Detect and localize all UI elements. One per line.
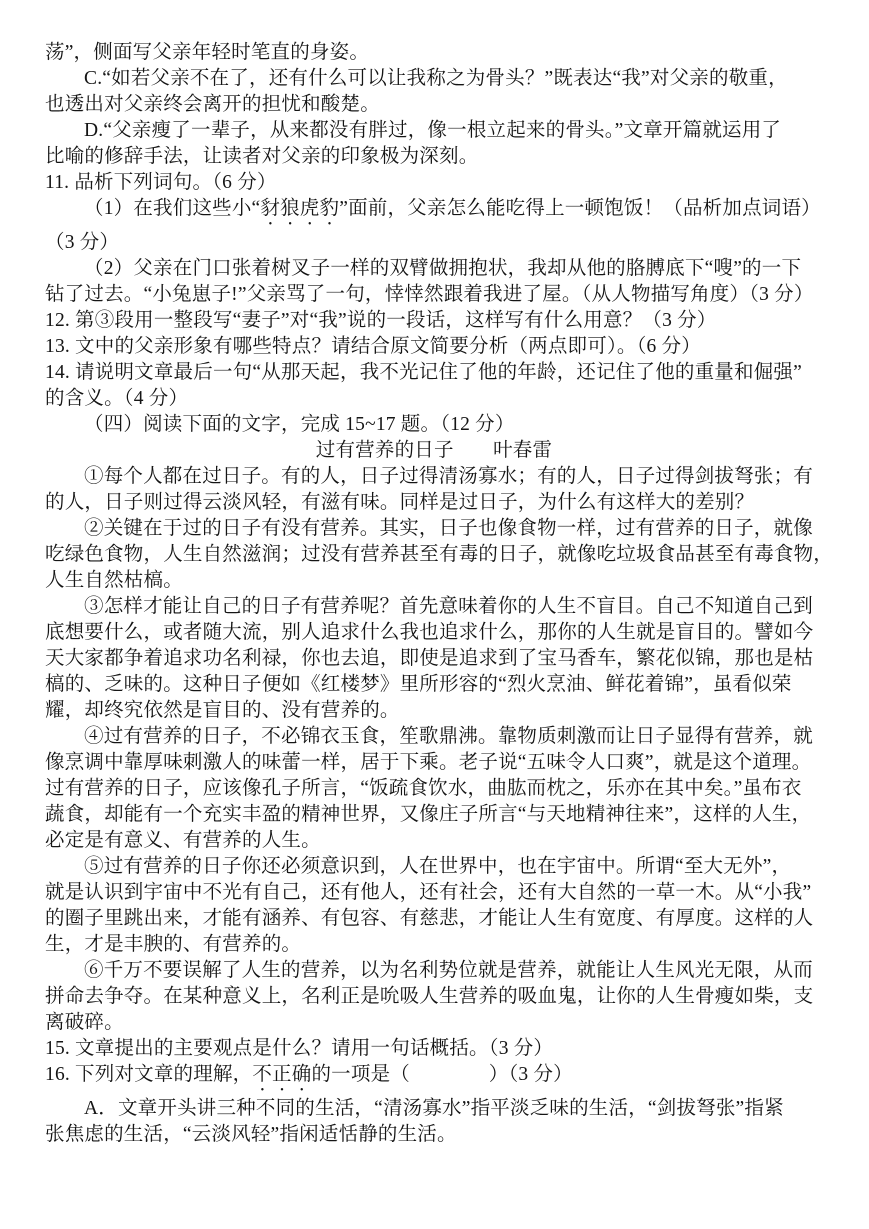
text-segment: 过有营养的日子 — [316, 440, 454, 461]
paragraph-3-line-1: ③怎样才能让自己的日子有营养呢？首先意味着你的人生不盲目。自己不知道自己到 — [45, 594, 823, 620]
text-segment: 的一项是（ ）（3 分） — [311, 1064, 572, 1085]
option-b-continuation: 荡”，侧面写父亲年轻时笔直的身姿。 — [45, 40, 823, 66]
question-15: 15. 文章提出的主要观点是什么？请用一句话概括。（3 分） — [45, 1036, 823, 1062]
text-segment: 生，才是丰腴的、有营养的。 — [45, 934, 301, 955]
text-segment: 蔬食，却能有一个充实丰盈的精神世界，又像庄子所言“与天地精神往来”，这样的人生， — [45, 804, 811, 825]
text-segment: 11. 品析下列词句。（6 分） — [45, 172, 277, 193]
text-segment: 的圈子里跳出来，才能有涵养、有包容、有慈悲，才能让人生有宽度、有厚度。这样的人 — [45, 908, 813, 929]
paragraph-6-line-2: 拼命去争夺。在某种意义上，名利正是吮吸人生营养的吸血鬼，让你的人生骨瘦如柴，支 — [45, 984, 823, 1010]
paragraph-5-line-1: ⑤过有营养的日子你还必须意识到，人在世界中，也在宇宙中。所谓“至大无外”， — [45, 854, 823, 880]
paragraph-4-line-2: 像烹调中靠厚味刺激人的味蕾一样，居于下乘。老子说“五味令人口爽”，就是这个道理。 — [45, 750, 823, 776]
paragraph-3-line-5: 耀，却终究依然是盲目的、没有营养的。 — [45, 698, 823, 724]
text-segment: ①每个人都在过日子。有的人，日子过得清汤寡水；有的人，日子过得剑拔弩张；有 — [84, 466, 813, 487]
question-11-item-1-score: （3 分） — [45, 230, 823, 256]
text-segment: ⑤过有营养的日子你还必须意识到，人在世界中，也在宇宙中。所谓“至大无外”， — [84, 856, 791, 877]
option-a-line-2: 张焦虑的生活，“云淡风轻”指闲适恬静的生活。 — [45, 1122, 823, 1148]
text-segment: 槁的、乏味的。这种日子便如《红楼梦》里所形容的“烈火烹油、鲜花着锦”，虽看似荣 — [45, 674, 792, 695]
text-segment: （3 分） — [45, 232, 119, 253]
text-segment: 14. 请说明文章最后一句“从那天起，我不光记住了他的年龄，还记住了他的重量和倔… — [45, 362, 802, 383]
passage-title: 过有营养的日子 叶春雷 — [45, 438, 823, 464]
paragraph-4-line-4: 蔬食，却能有一个充实丰盈的精神世界，又像庄子所言“与天地精神往来”，这样的人生， — [45, 802, 823, 828]
text-segment: 比喻的修辞手法，让读者对父亲的印象极为深刻。 — [45, 146, 478, 167]
paragraph-4-line-3: 过有营养的日子，应该像孔子所言，“饭疏食饮水，曲肱而枕之，乐亦在其中矣。”虽布衣 — [45, 776, 823, 802]
text-segment: （2）父亲在门口张着树叉子一样的双臂做拥抱状，我却从他的胳膊底下“嗖”的一下 — [84, 258, 801, 279]
paragraph-5-line-4: 生，才是丰腴的、有营养的。 — [45, 932, 823, 958]
text-segment: 天大家都争着追求功名利禄，你也去追，即使是追求到了宝马香车，繁花似锦，那也是枯 — [45, 648, 813, 669]
text-segment: 荡”，侧面写父亲年轻时笔直的身姿。 — [45, 42, 369, 63]
paragraph-2-line-1: ②关键在于过的日子有没有营养。其实，日子也像食物一样，过有营养的日子，就像 — [45, 516, 823, 542]
section-4-instruction: （四）阅读下面的文字，完成 15~17 题。（12 分） — [45, 412, 823, 438]
text-segment: 耀，却终究依然是盲目的、没有营养的。 — [45, 700, 400, 721]
text-segment — [454, 440, 493, 461]
text-segment: 15. 文章提出的主要观点是什么？请用一句话概括。（3 分） — [45, 1038, 553, 1059]
paragraph-3-line-4: 槁的、乏味的。这种日子便如《红楼梦》里所形容的“烈火烹油、鲜花着锦”，虽看似荣 — [45, 672, 823, 698]
text-segment: 像烹调中靠厚味刺激人的味蕾一样，居于下乘。老子说“五味令人口爽”，就是这个道理。 — [45, 752, 811, 773]
question-12: 12. 第③段用一整段写“妻子”对“我”说的一段话，这样写有什么用意？（3 分） — [45, 308, 823, 334]
text-segment: 钻了过去。“小兔崽子!”父亲骂了一句，悻悻然跟着我进了屋。（从人物描写角度）（3… — [45, 284, 814, 305]
option-c-line-1: C.“如若父亲不在了，还有什么可以让我称之为骨头？”既表达“我”对父亲的敬重， — [45, 66, 823, 92]
paragraph-2-line-2: 吃绿色食物，人生自然滋润；过没有营养甚至有毒的日子，就像吃垃圾食品甚至有毒食物， — [45, 542, 823, 568]
question-11-item-1: （1）在我们这些小“豺狼虎豹”面前，父亲怎么能吃得上一顿饱饭！（品析加点词语） — [45, 196, 823, 230]
paragraph-1-line-2: 的人，日子则过得云淡风轻，有滋有味。同样是过日子，为什么有这样大的差别？ — [45, 490, 823, 516]
paragraph-1-line-1: ①每个人都在过日子。有的人，日子过得清汤寡水；有的人，日子过得剑拔弩张；有 — [45, 464, 823, 490]
text-segment: 人生自然枯槁。 — [45, 570, 183, 591]
text-segment: 12. 第③段用一整段写“妻子”对“我”说的一段话，这样写有什么用意？（3 分） — [45, 310, 717, 331]
text-segment: C.“如若父亲不在了，还有什么可以让我称之为骨头？”既表达“我”对父亲的敬重， — [84, 68, 788, 89]
text-segment: 离破碎。 — [45, 1012, 124, 1033]
paragraph-3-line-3: 天大家都争着追求功名利禄，你也去追，即使是追求到了宝马香车，繁花似锦，那也是枯 — [45, 646, 823, 672]
paragraph-4-line-1: ④过有营养的日子，不必锦衣玉食，笙歌鼎沸。靠物质刺激而让日子显得有营养，就 — [45, 724, 823, 750]
text-segment: （1）在我们这些小“ — [84, 198, 260, 219]
text-segment: 的人，日子则过得云淡风轻，有滋有味。同样是过日子，为什么有这样大的差别？ — [45, 492, 754, 513]
option-c-line-2: 也透出对父亲终会离开的担忧和酸楚。 — [45, 92, 823, 118]
emphasized-text: 不正确 — [252, 1064, 311, 1085]
question-11-item-2-line-2: 钻了过去。“小兔崽子!”父亲骂了一句，悻悻然跟着我进了屋。（从人物描写角度）（3… — [45, 282, 823, 308]
text-segment: D.“父亲瘦了一辈子，从来都没有胖过，像一根立起来的骨头。”文章开篇就运用了 — [84, 120, 781, 141]
question-13: 13. 文中的父亲形象有哪些特点？请结合原文简要分析（两点即可）。（6 分） — [45, 334, 823, 360]
text-segment: 张焦虑的生活，“云淡风轻”指闲适恬静的生活。 — [45, 1124, 457, 1145]
text-segment: ④过有营养的日子，不必锦衣玉食，笙歌鼎沸。靠物质刺激而让日子显得有营养，就 — [84, 726, 813, 747]
text-segment: 过有营养的日子，应该像孔子所言，“饭疏食饮水，曲肱而枕之，乐亦在其中矣。”虽布衣 — [45, 778, 802, 799]
text-segment: 拼命去争夺。在某种意义上，名利正是吮吸人生营养的吸血鬼，让你的人生骨瘦如柴，支 — [45, 986, 813, 1007]
paragraph-6-line-3: 离破碎。 — [45, 1010, 823, 1036]
text-segment: 也透出对父亲终会离开的担忧和酸楚。 — [45, 94, 380, 115]
question-14-line-1: 14. 请说明文章最后一句“从那天起，我不光记住了他的年龄，还记住了他的重量和倔… — [45, 360, 823, 386]
text-segment: 就是认识到宇宙中不光有自己，还有他人，还有社会，还有大自然的一草一木。从“小我” — [45, 882, 811, 903]
paragraph-2-line-3: 人生自然枯槁。 — [45, 568, 823, 594]
text-segment: A．文章开头讲三种不同的生活，“清汤寡水”指平淡乏味的生活，“剑拔弩张”指紧 — [84, 1098, 784, 1119]
question-11-item-2-line-1: （2）父亲在门口张着树叉子一样的双臂做拥抱状，我却从他的胳膊底下“嗖”的一下 — [45, 256, 823, 282]
text-segment: 底想要什么，或者随大流，别人追求什么我也追求什么，那你的人生就是盲目的。譬如今 — [45, 622, 813, 643]
exam-text-block: 荡”，侧面写父亲年轻时笔直的身姿。C.“如若父亲不在了，还有什么可以让我称之为骨… — [45, 40, 823, 1148]
text-segment: 的含义。（4 分） — [45, 388, 188, 409]
option-a-line-1: A．文章开头讲三种不同的生活，“清汤寡水”指平淡乏味的生活，“剑拔弩张”指紧 — [45, 1096, 823, 1122]
paragraph-5-line-3: 的圈子里跳出来，才能有涵养、有包容、有慈悲，才能让人生有宽度、有厚度。这样的人 — [45, 906, 823, 932]
text-segment: ”面前，父亲怎么能吃得上一顿饱饭！（品析加点词语） — [339, 198, 821, 219]
emphasized-text: 豺狼虎豹 — [260, 198, 339, 219]
paragraph-3-line-2: 底想要什么，或者随大流，别人追求什么我也追求什么，那你的人生就是盲目的。譬如今 — [45, 620, 823, 646]
text-segment: ⑥千万不要误解了人生的营养，以为名利势位就是营养，就能让人生风光无限，从而 — [84, 960, 813, 981]
question-16: 16. 下列对文章的理解，不正确的一项是（ ）（3 分） — [45, 1062, 823, 1096]
paragraph-4-line-5: 必定是有意义、有营养的人生。 — [45, 828, 823, 854]
question-11: 11. 品析下列词句。（6 分） — [45, 170, 823, 196]
text-segment: （四）阅读下面的文字，完成 15~17 题。（12 分） — [84, 414, 515, 435]
text-segment: 13. 文中的父亲形象有哪些特点？请结合原文简要分析（两点即可）。（6 分） — [45, 336, 701, 357]
paragraph-5-line-2: 就是认识到宇宙中不光有自己，还有他人，还有社会，还有大自然的一草一木。从“小我” — [45, 880, 823, 906]
text-segment: 吃绿色食物，人生自然滋润；过没有营养甚至有毒的日子，就像吃垃圾食品甚至有毒食物， — [45, 544, 833, 565]
text-segment: ②关键在于过的日子有没有营养。其实，日子也像食物一样，过有营养的日子，就像 — [84, 518, 813, 539]
option-d-line-1: D.“父亲瘦了一辈子，从来都没有胖过，像一根立起来的骨头。”文章开篇就运用了 — [45, 118, 823, 144]
option-d-line-2: 比喻的修辞手法，让读者对父亲的印象极为深刻。 — [45, 144, 823, 170]
text-segment: ③怎样才能让自己的日子有营养呢？首先意味着你的人生不盲目。自己不知道自己到 — [84, 596, 813, 617]
text-segment: 16. 下列对文章的理解， — [45, 1064, 252, 1085]
document-page: 荡”，侧面写父亲年轻时笔直的身姿。C.“如若父亲不在了，还有什么可以让我称之为骨… — [0, 0, 869, 1229]
paragraph-6-line-1: ⑥千万不要误解了人生的营养，以为名利势位就是营养，就能让人生风光无限，从而 — [45, 958, 823, 984]
text-segment: 叶春雷 — [493, 440, 552, 461]
question-14-line-2: 的含义。（4 分） — [45, 386, 823, 412]
text-segment: 必定是有意义、有营养的人生。 — [45, 830, 321, 851]
